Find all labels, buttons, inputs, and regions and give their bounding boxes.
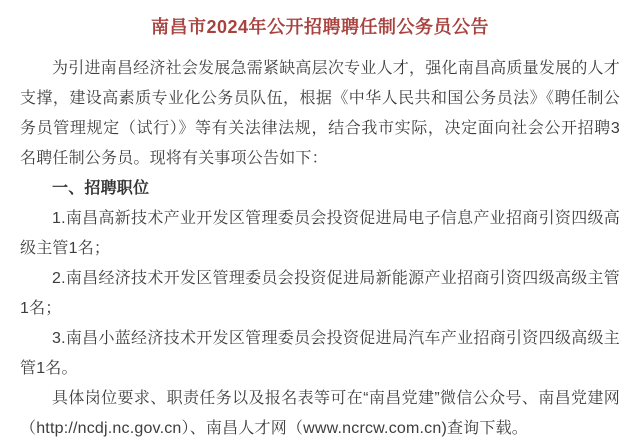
position-item-2: 2.南昌经济技术开发区管理委员会投资促进局新能源产业招商引资四级高级主管1名； xyxy=(20,264,620,324)
download-info-paragraph: 具体岗位要求、职责任务以及报名表等可在“南昌党建”微信公众号、南昌党建网（htt… xyxy=(20,384,620,444)
section-heading-recruitment-positions: 一、招聘职位 xyxy=(20,174,620,204)
document-title: 南昌市2024年公开招聘聘任制公务员公告 xyxy=(20,14,620,54)
position-item-1: 1.南昌高新技术产业开发区管理委员会投资促进局电子信息产业招商引资四级高级主管1… xyxy=(20,204,620,264)
announcement-document: 南昌市2024年公开招聘聘任制公务员公告 为引进南昌经济社会发展急需紧缺高层次专… xyxy=(0,0,640,445)
position-item-3: 3.南昌小蓝经济技术开发区管理委员会投资促进局汽车产业招商引资四级高级主管1名。 xyxy=(20,324,620,384)
intro-paragraph: 为引进南昌经济社会发展急需紧缺高层次专业人才，强化南昌高质量发展的人才支撑，建设… xyxy=(20,54,620,174)
